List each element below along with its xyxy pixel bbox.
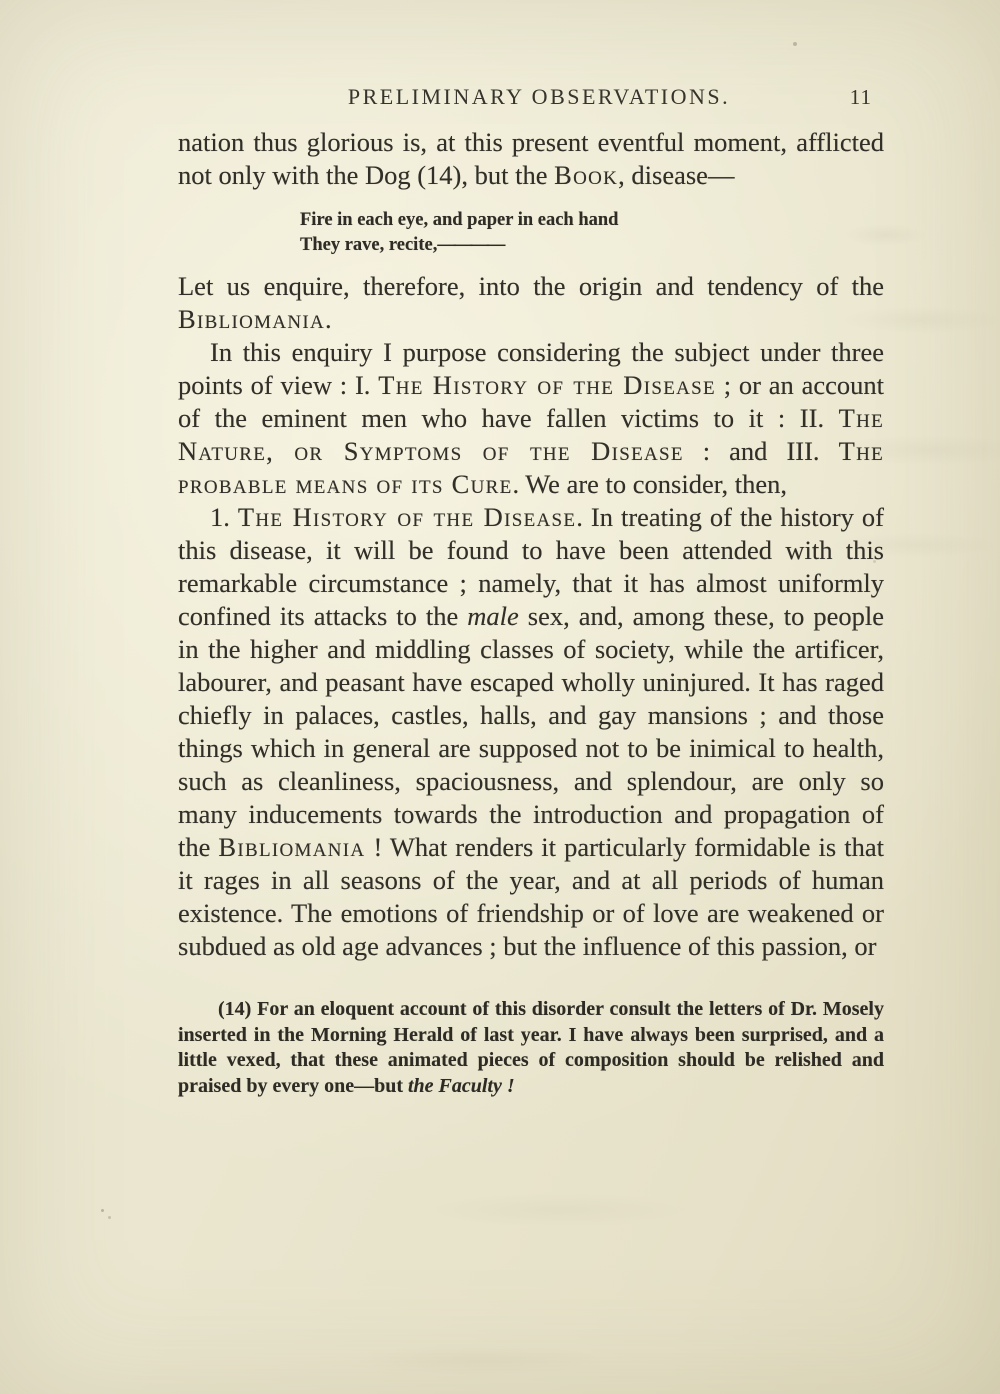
running-title: PRELIMINARY OBSERVATIONS. xyxy=(186,84,892,110)
smallcaps-run: The History of the Disease xyxy=(378,370,716,400)
book-page: PRELIMINARY OBSERVATIONS. 11 nation thus… xyxy=(0,0,1000,1394)
text-run: . xyxy=(325,304,332,334)
smallcaps-run: Bibliomania xyxy=(218,832,365,862)
dash-rule: ———— xyxy=(437,235,503,255)
ink-speck xyxy=(101,1209,104,1212)
text-run: Fire in each eye, and paper in each hand xyxy=(300,210,618,230)
text-run: 1. xyxy=(210,502,238,532)
paragraph: Let us enquire, therefore, into the orig… xyxy=(178,270,884,336)
ink-speck xyxy=(793,42,797,46)
smallcaps-run: The History of the Disease xyxy=(238,502,576,532)
paragraph: In this enquiry I purpose considering th… xyxy=(178,336,884,501)
smallcaps-run: Bibliomania xyxy=(178,304,325,334)
text-block: nation thus glorious is, at this present… xyxy=(178,126,884,1099)
text-run: sex, and, among these, to people in the … xyxy=(178,601,884,862)
text-run: nation thus glorious is, at this present… xyxy=(178,127,884,190)
text-run: . We are to consider, then, xyxy=(513,469,787,499)
text-run: (14) For an eloquent account of this dis… xyxy=(178,998,884,1097)
paragraph: nation thus glorious is, at this present… xyxy=(178,126,884,192)
ink-speck xyxy=(108,1216,111,1219)
text-run: Let us enquire, therefore, into the orig… xyxy=(178,271,884,301)
text-run: They rave, recite, xyxy=(300,235,437,255)
quote-line: They rave, recite,———— xyxy=(300,233,884,258)
running-header: PRELIMINARY OBSERVATIONS. 11 xyxy=(178,84,884,114)
verse-quote: Fire in each eye, and paper in each hand… xyxy=(300,208,884,258)
italic-run: the Faculty ! xyxy=(408,1075,515,1097)
page-number: 11 xyxy=(850,85,872,110)
paragraph: 1. The History of the Disease. In treati… xyxy=(178,501,884,963)
quote-line: Fire in each eye, and paper in each hand xyxy=(300,208,884,233)
smallcaps-run: Book xyxy=(554,160,618,190)
text-run: , disease— xyxy=(618,160,734,190)
italic-run: male xyxy=(467,601,519,631)
text-run: : and III. xyxy=(684,436,839,466)
footnote: (14) For an eloquent account of this dis… xyxy=(178,997,884,1099)
